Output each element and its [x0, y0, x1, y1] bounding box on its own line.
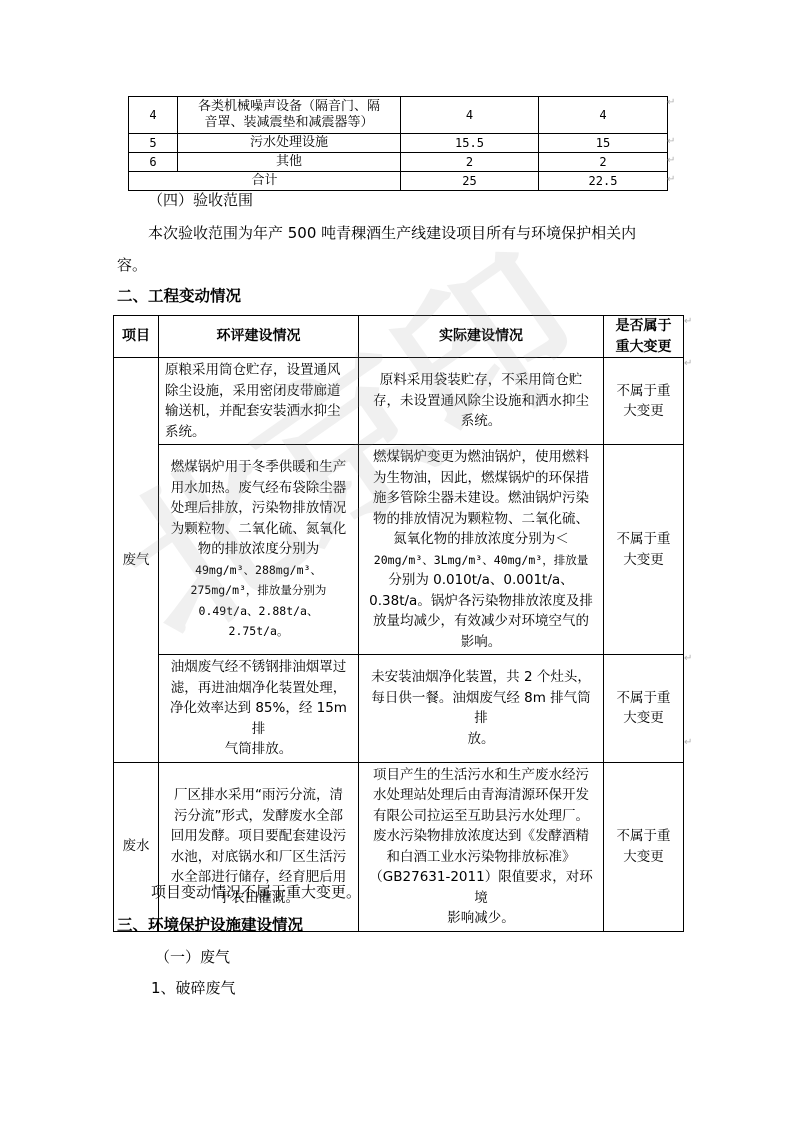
cell-line: 不属于重 — [610, 529, 677, 550]
cell-line: 水处理站处理后由青海清源环保开发 — [365, 785, 597, 806]
total-row: 合计 25 22.5 — [129, 172, 668, 191]
table-row: 燃煤锅炉用于冬季供暖和生产 用水加热。废气经布袋除尘器 处理后排放，污染物排放情… — [114, 445, 684, 655]
cell-line: 项目产生的生活污水和生产废水经污 — [365, 765, 597, 786]
row-item: 其他 — [178, 153, 401, 172]
header-row: 项目 环评建设情况 实际建设情况 是否属于 重大变更 — [114, 316, 684, 358]
cell-line: 水池，对底锅水和厂区生活污 — [165, 847, 352, 868]
cell-line: 275mg/m³，排放量分别为 — [165, 580, 352, 601]
cell-line: 系统。 — [165, 422, 352, 443]
row-no: 5 — [129, 134, 178, 153]
cell-line: 除尘设施，采用密闭皮带廊道 — [165, 381, 352, 402]
row-planned: 15.5 — [401, 134, 539, 153]
eia-cell: 厂区排水采用“雨污分流，清 污分流”形式，发酵废水全部 回用发酵。项目要配套建设… — [159, 762, 359, 931]
row-planned: 2 — [401, 153, 539, 172]
cell-line: 燃煤锅炉变更为燃油锅炉，使用燃料 — [365, 447, 597, 468]
header-major-line: 是否属于 — [604, 316, 683, 337]
actual-cell: 项目产生的生活污水和生产废水经污 水处理站处理后由青海清源环保开发 有限公司拉运… — [359, 762, 604, 931]
major-change-cell: 不属于重 大变更 — [604, 655, 684, 763]
cell-line: （GB27631-2011）限值要求，对环境 — [365, 867, 597, 908]
row-item: 各类机械噪声设备（隔音门、隔 音罩、装减震垫和减震器等） — [178, 97, 401, 134]
row-planned: 4 — [401, 97, 539, 134]
row-item: 污水处理设施 — [178, 134, 401, 153]
cell-line: 净化效率达到 85%，经 15m 排 — [165, 698, 352, 739]
document-page: 4 各类机械噪声设备（隔音门、隔 音罩、装减震垫和减震器等） 4 4 5 污水处… — [0, 0, 793, 1122]
eia-cell: 油烟废气经不锈钢排油烟罩过 滤，再进油烟净化装置处理， 净化效率达到 85%，经… — [159, 655, 359, 763]
category-cell: 废气 — [114, 358, 159, 763]
cell-line: 存，未设置通风除尘设施和洒水抑尘 — [365, 391, 597, 412]
cell-line: 厂区排水采用“雨污分流，清 — [165, 785, 352, 806]
actual-cell: 燃煤锅炉变更为燃油锅炉，使用燃料 为生物油，因此，燃煤锅炉的环保措 施多管除尘器… — [359, 445, 604, 655]
section-4-body: 本次验收范围为年产 500 吨青稞酒生产线建设项目所有与环境保护相关内 — [148, 223, 636, 243]
cell-line: 49mg/m³、288mg/m³、 — [165, 560, 352, 581]
table-row: 4 各类机械噪声设备（隔音门、隔 音罩、装减震垫和减震器等） 4 4 — [129, 97, 668, 134]
row-actual: 2 — [539, 153, 668, 172]
total-label: 合计 — [129, 172, 401, 191]
change-table: 项目 环评建设情况 实际建设情况 是否属于 重大变更 废气 原粮采用筒仓贮存，设… — [113, 315, 684, 932]
paragraph-mark: ↵ — [684, 358, 692, 369]
row-no: 4 — [129, 97, 178, 134]
header-item: 项目 — [114, 316, 159, 358]
cell-line: 大变更 — [610, 401, 677, 422]
section-3-heading: 三、环境保护设施建设情况 — [117, 915, 303, 935]
cell-line: 不属于重 — [610, 381, 677, 402]
actual-cell: 未安装油烟净化装置，共 2 个灶头， 每日供一餐。油烟废气经 8m 排气筒排 放… — [359, 655, 604, 763]
cell-line: 滤，再进油烟净化装置处理， — [165, 678, 352, 699]
actual-cell: 原料采用袋装贮存，不采用筒仓贮 存，未设置通风除尘设施和洒水抑尘 系统。 — [359, 358, 604, 445]
paragraph-mark: ↵ — [667, 174, 675, 185]
major-change-cell: 不属于重 大变更 — [604, 762, 684, 931]
section-4-body-cont: 容。 — [117, 255, 147, 275]
cell-line: 大变更 — [610, 847, 677, 868]
cell-line: 原料采用袋装贮存，不采用筒仓贮 — [365, 370, 597, 391]
cell-line: 废水污染物排放浓度达到《发酵酒精 — [365, 826, 597, 847]
cell-line: 原粮采用筒仓贮存，设置通风 — [165, 360, 352, 381]
row-actual: 15 — [539, 134, 668, 153]
eia-cell: 燃煤锅炉用于冬季供暖和生产 用水加热。废气经布袋除尘器 处理后排放，污染物排放情… — [159, 445, 359, 655]
total-actual: 22.5 — [539, 172, 668, 191]
cell-line: 放。 — [365, 729, 597, 750]
table-row: 油烟废气经不锈钢排油烟罩过 滤，再进油烟净化装置处理， 净化效率达到 85%，经… — [114, 655, 684, 763]
paragraph-mark: ↵ — [684, 737, 692, 748]
header-major: 是否属于 重大变更 — [604, 316, 684, 358]
section-4-title: （四）验收范围 — [148, 190, 253, 210]
total-planned: 25 — [401, 172, 539, 191]
cell-line: 用水加热。废气经布袋除尘器 — [165, 478, 352, 499]
cell-line: 油烟废气经不锈钢排油烟罩过 — [165, 657, 352, 678]
table-row: 5 污水处理设施 15.5 15 — [129, 134, 668, 153]
table-row: 废水 厂区排水采用“雨污分流，清 污分流”形式，发酵废水全部 回用发酵。项目要配… — [114, 762, 684, 931]
row-actual: 4 — [539, 97, 668, 134]
cell-line: 氮氧化物的排放浓度分别为＜ — [365, 529, 597, 550]
major-change-cell: 不属于重 大变更 — [604, 358, 684, 445]
investment-table: 4 各类机械噪声设备（隔音门、隔 音罩、装减震垫和减震器等） 4 4 5 污水处… — [128, 96, 668, 191]
cell-line: 为生物油，因此，燃煤锅炉的环保措 — [365, 468, 597, 489]
row-no: 6 — [129, 153, 178, 172]
cell-line: 为颗粒物、二氧化硫、氮氧化 — [165, 519, 352, 540]
cell-line: 不属于重 — [610, 826, 677, 847]
cell-line: 有限公司拉运至互助县污水处理厂。 — [365, 806, 597, 827]
table-row: 6 其他 2 2 — [129, 153, 668, 172]
cell-line: 燃煤锅炉用于冬季供暖和生产 — [165, 457, 352, 478]
paragraph-mark: ↵ — [667, 97, 675, 108]
cell-line: 影响。 — [365, 632, 597, 653]
cell-line: 和白酒工业水污染物排放标准》 — [365, 847, 597, 868]
header-actual: 实际建设情况 — [359, 316, 604, 358]
cell-line: 系统。 — [365, 411, 597, 432]
cell-line: 大变更 — [610, 708, 677, 729]
cell-line: 气筒排放。 — [165, 739, 352, 760]
cell-line: 污分流”形式，发酵废水全部 — [165, 806, 352, 827]
header-major-line: 重大变更 — [604, 337, 683, 358]
paragraph-mark: ↵ — [667, 155, 675, 166]
cell-line: 20mg/m³、3Lmg/m³、40mg/m³，排放量 — [365, 550, 597, 571]
subsection-crushing-gas: 1、破碎废气 — [151, 978, 236, 998]
table-row: 废气 原粮采用筒仓贮存，设置通风 除尘设施，采用密闭皮带廊道 输送机，并配套安装… — [114, 358, 684, 445]
cell-line: 2.75t/a。 — [165, 621, 352, 642]
cell-line: 未安装油烟净化装置，共 2 个灶头， — [365, 667, 597, 688]
cell-line: 分别为 0.010t/a、0.001t/a、 — [365, 570, 597, 591]
paragraph-mark: ↵ — [684, 653, 692, 664]
header-eia: 环评建设情况 — [159, 316, 359, 358]
cell-line: 物的排放浓度分别为 — [165, 539, 352, 560]
subsection-waste-gas: （一）废气 — [155, 947, 230, 967]
cell-line: 0.49t/a、2.88t/a、 — [165, 601, 352, 622]
category-cell: 废水 — [114, 762, 159, 931]
paragraph-mark: ↵ — [667, 136, 675, 147]
major-change-cell: 不属于重 大变更 — [604, 445, 684, 655]
cell-line: 回用发酵。项目要配套建设污 — [165, 826, 352, 847]
cell-line: 处理后排放，污染物排放情况 — [165, 498, 352, 519]
cell-line: 物的排放情况为颗粒物、二氧化硫、 — [365, 509, 597, 530]
cell-line: 不属于重 — [610, 688, 677, 709]
cell-line: 影响减少。 — [365, 908, 597, 929]
eia-cell: 原粮采用筒仓贮存，设置通风 除尘设施，采用密闭皮带廊道 输送机，并配套安装洒水抑… — [159, 358, 359, 445]
change-conclusion: 项目变动情况不属于重大变更。 — [151, 882, 361, 902]
cell-line: 每日供一餐。油烟废气经 8m 排气筒排 — [365, 688, 597, 729]
section-2-heading: 二、工程变动情况 — [117, 286, 241, 306]
row-item-line: 音罩、装减震垫和减震器等） — [178, 115, 400, 131]
cell-line: 施多管除尘器未建设。燃油锅炉污染 — [365, 488, 597, 509]
row-item-line: 各类机械噪声设备（隔音门、隔 — [178, 99, 400, 115]
cell-line: 大变更 — [610, 550, 677, 571]
cell-line: 输送机，并配套安装洒水抑尘 — [165, 401, 352, 422]
cell-line: 放量均减少，有效减少对环境空气的 — [365, 611, 597, 632]
cell-line: 0.38t/a。锅炉各污染物排放浓度及排 — [365, 591, 597, 612]
paragraph-mark: ↵ — [684, 316, 692, 327]
